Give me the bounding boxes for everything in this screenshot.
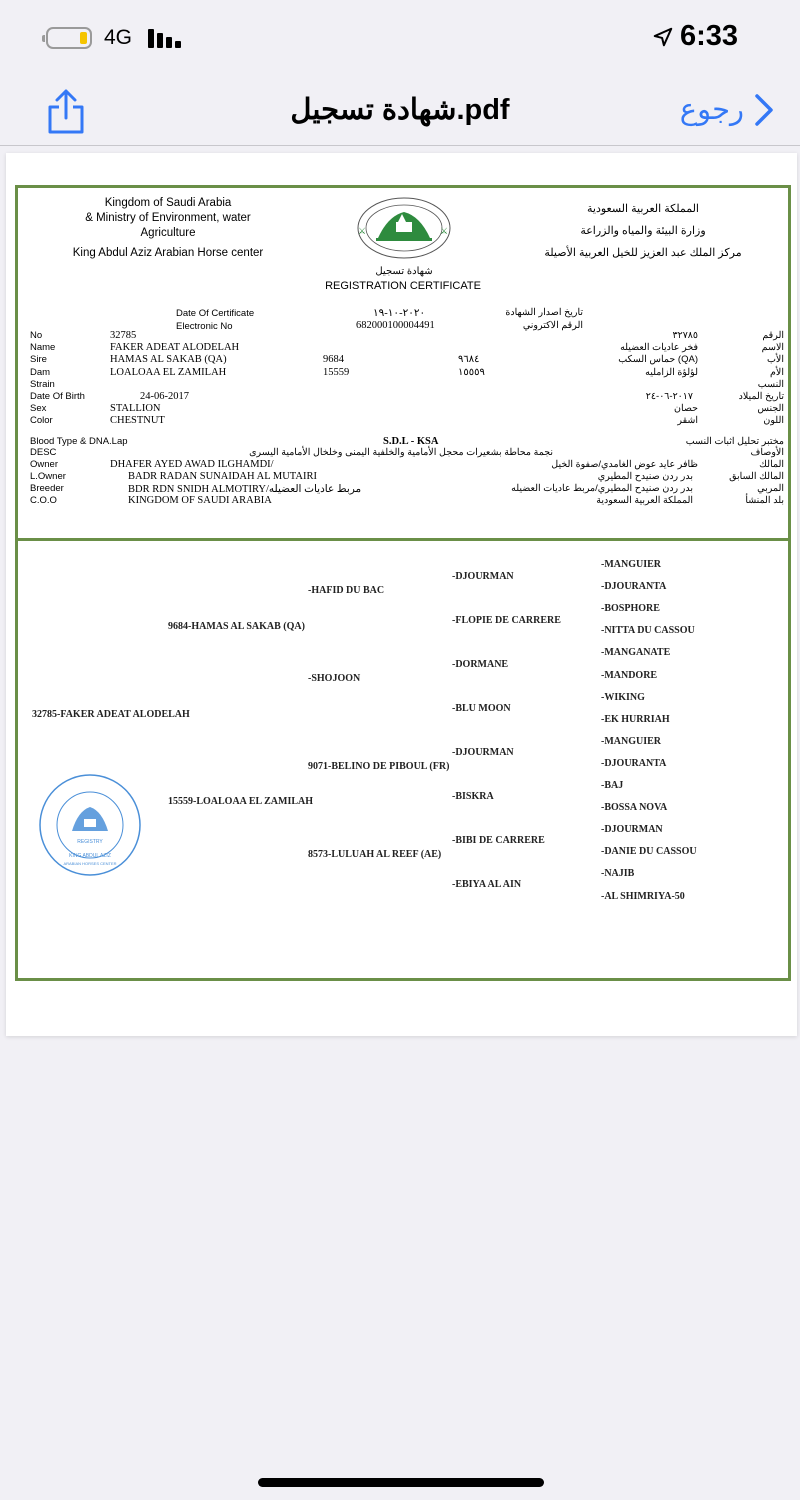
info-row: Strainالنسب <box>18 379 788 392</box>
pedigree-grandparent: -HAFID DU BAC <box>308 585 384 596</box>
row-label-ar: الجنس <box>757 403 784 414</box>
battery-level <box>80 32 87 44</box>
navigation-bar: شهادة تسجيل.pdf رجوع <box>0 76 800 146</box>
header-line-ar: المملكة العربية السعودية <box>518 198 768 220</box>
pedigree-ancestor: -DJOURANTA <box>601 758 666 769</box>
pedigree-ancestor: -MANDORE <box>601 670 657 681</box>
row-value: FAKER ADEAT ALODELAH <box>110 342 239 353</box>
info-row: ColorCHESTNUTاشقراللون <box>18 415 788 428</box>
row-value: BADR RADAN SUNAIDAH AL MUTAIRI <box>128 471 317 482</box>
row-label-ar: تاريخ الميلاد <box>739 391 784 402</box>
pedigree-great-grandparent: -DJOURMAN <box>452 747 514 758</box>
row-label-ar: الأب <box>767 354 784 365</box>
pedigree-ancestor: -NAJIB <box>601 868 634 879</box>
row-value: CHESTNUT <box>110 415 165 426</box>
row-label-ar: مختبر تحليل اثبات النسب <box>686 436 784 447</box>
row-label: Strain <box>30 379 55 390</box>
row-label: Dam <box>30 367 50 378</box>
pedigree-ancestor: -MANGUIER <box>601 559 661 570</box>
pedigree-ancestor: -BOSPHORE <box>601 603 660 614</box>
back-label: رجوع <box>680 92 744 127</box>
network-label: 4G <box>104 26 132 50</box>
svg-text:KING ABDUL AZIZ: KING ABDUL AZIZ <box>69 853 111 859</box>
pedigree-sire: 9684-HAMAS AL SAKAB (QA) <box>168 621 305 632</box>
battery-icon <box>46 27 92 49</box>
home-indicator[interactable] <box>258 1478 544 1487</box>
pedigree-grandparent: 8573-LULUAH AL REEF (AE) <box>308 849 441 860</box>
row-value: STALLION <box>110 403 161 414</box>
signal-icon <box>148 28 188 48</box>
status-bar: 4G 6:33 <box>0 0 800 76</box>
row-label-ar: اللون <box>763 415 784 426</box>
header-arabic: المملكة العربية السعودية وزارة البيئة وا… <box>518 198 768 264</box>
info-row: No32785٣٢٧٨٥الرقم <box>18 330 788 343</box>
pedigree-ancestor: -MANGANATE <box>601 647 670 658</box>
center-name-ar: مركز الملك عبد العزيز للخيل العربية الأص… <box>518 242 768 264</box>
row-value-ar: اشقر <box>677 415 698 426</box>
pedigree-ancestor: -WIKING <box>601 692 645 703</box>
info-row: Date Of Birth24-06-2017٢٠١٧-٠٦-٢٤تاريخ ا… <box>18 391 788 404</box>
row-label: Date Of Birth <box>30 391 85 402</box>
pedigree-horse: 32785-FAKER ADEAT ALODELAH <box>32 709 190 720</box>
certificate-details-box: Kingdom of Saudi Arabia & Ministry of En… <box>15 185 791 541</box>
pedigree-ancestor: -DJOURANTA <box>601 581 666 592</box>
row-label-ar: الأوصاف <box>751 447 784 458</box>
location-arrow-icon <box>652 26 674 48</box>
pedigree-great-grandparent: -BIBI DE CARRERE <box>452 835 545 846</box>
clock: 6:33 <box>680 20 738 53</box>
certificate-title-arabic: شهادة تسجيل <box>348 266 460 277</box>
info-row: DamLOALOAA EL ZAMILAH15559١٥٥٥٩لؤلؤة الز… <box>18 367 788 380</box>
row-value-ar: حصان <box>674 403 698 414</box>
date-label-ar: تاريخ اصدار الشهادة <box>505 307 583 318</box>
row-number: 15559 <box>323 367 349 378</box>
header-line: & Ministry of Environment, water <box>85 212 251 224</box>
row-value-ar: فخر عاديات العضيله <box>620 342 698 353</box>
pedigree-box: 32785-FAKER ADEAT ALODELAH 9684-HAMAS AL… <box>15 538 791 981</box>
row-label-ar: المالك السابق <box>729 471 784 482</box>
row-value-ar: المملكة العربية السعودية <box>596 495 693 506</box>
coo-row: C.O.O KINGDOM OF SAUDI ARABIA المملكة ال… <box>18 495 788 508</box>
pedigree-ancestor: -AL SHIMRIYA-50 <box>601 891 685 902</box>
back-button[interactable]: رجوع <box>680 92 774 127</box>
date-value: ٢٠٢٠-١٠-١٩ <box>373 307 425 319</box>
row-value-ar: (QA) حماس السكب <box>618 354 698 365</box>
row-value: KINGDOM OF SAUDI ARABIA <box>128 495 272 506</box>
row-label: DESC <box>30 447 56 458</box>
row-value: BDR RDN SNIDH ALMOTIRY/مربط عاديات العضي… <box>128 483 361 495</box>
row-label: Name <box>30 342 55 353</box>
row-label-ar: المربي <box>757 483 784 494</box>
row-value-ar: بدر ردن صنيدح المطيري <box>598 471 693 482</box>
pedigree-ancestor: -DANIE DU CASSOU <box>601 846 697 857</box>
row-label-ar: الاسم <box>762 342 784 353</box>
header-line-ar: وزارة البيئة والمياه والزراعة <box>518 220 768 242</box>
pdf-page[interactable]: Kingdom of Saudi Arabia & Ministry of En… <box>6 153 797 1036</box>
row-label: Owner <box>30 459 58 470</box>
pedigree-ancestor: -BOSSA NOVA <box>601 802 667 813</box>
info-row: SexSTALLIONحصانالجنس <box>18 403 788 416</box>
pedigree-grandparent: 9071-BELINO DE PIBOUL (FR) <box>308 761 449 772</box>
pedigree-ancestor: -BAJ <box>601 780 623 791</box>
row-label: Sex <box>30 403 46 414</box>
pedigree-ancestor: -EK HURRIAH <box>601 714 670 725</box>
svg-text:ARABIAN HORSES CENTER: ARABIAN HORSES CENTER <box>63 861 116 866</box>
row-label-ar: بلد المنشأ <box>745 495 784 506</box>
center-name: King Abdul Aziz Arabian Horse center <box>38 246 298 261</box>
info-row: SireHAMAS AL SAKAB (QA)9684٩٦٨٤(QA) حماس… <box>18 354 788 367</box>
svg-text:⚔: ⚔ <box>358 226 366 236</box>
row-value-ar: ٢٠١٧-٠٦-٢٤ <box>646 391 693 402</box>
row-label-ar: النسب <box>758 379 784 390</box>
row-value-ar: ٣٢٧٨٥ <box>672 330 698 341</box>
header-line: Agriculture <box>141 227 196 239</box>
row-label: L.Owner <box>30 471 66 482</box>
row-value: LOALOAA EL ZAMILAH <box>110 367 226 378</box>
pedigree-great-grandparent: -FLOPIE DE CARRERE <box>452 615 561 626</box>
row-value: 24-06-2017 <box>140 391 189 402</box>
row-label: Breeder <box>30 483 64 494</box>
row-label: C.O.O <box>30 495 57 506</box>
row-value: DHAFER AYED AWAD ILGHAMDI/ <box>110 459 274 470</box>
svg-text:⚔: ⚔ <box>440 226 448 236</box>
pedigree-great-grandparent: -DORMANE <box>452 659 508 670</box>
header-line: Kingdom of Saudi Arabia <box>105 197 232 209</box>
row-value: S.D.L - KSA <box>383 436 438 447</box>
row-value-ar: بدر ردن صنيدح المطيري/مربط عاديات العضيل… <box>511 483 693 494</box>
row-number: 9684 <box>323 354 344 365</box>
pedigree-dam: 15559-LOALOAA EL ZAMILAH <box>168 796 313 807</box>
row-value-ar: ظافر عايد عوض الغامدي/صفوة الخيل <box>551 459 698 470</box>
pedigree-great-grandparent: -DJOURMAN <box>452 571 514 582</box>
pedigree-ancestor: -MANGUIER <box>601 736 661 747</box>
pedigree-great-grandparent: -BISKRA <box>452 791 494 802</box>
chevron-right-icon <box>754 93 774 127</box>
date-label: Date Of Certificate <box>176 308 254 319</box>
row-value: HAMAS AL SAKAB (QA) <box>110 354 227 365</box>
registry-stamp-icon: REGISTRY KING ABDUL AZIZ ARABIAN HORSES … <box>38 773 142 877</box>
row-value: 32785 <box>110 330 136 341</box>
info-row: NameFAKER ADEAT ALODELAHفخر عاديات العضي… <box>18 342 788 355</box>
pedigree-grandparent: -SHOJOON <box>308 673 360 684</box>
row-label-ar: المالك <box>759 459 784 470</box>
row-label: Blood Type & DNA.Lap <box>30 436 128 447</box>
row-label: No <box>30 330 42 341</box>
row-label: Color <box>30 415 53 426</box>
row-number-ar: ٩٦٨٤ <box>458 354 479 365</box>
row-label: Sire <box>30 354 47 365</box>
center-logo-icon: ⚔ ⚔ <box>348 194 460 264</box>
header-english: Kingdom of Saudi Arabia & Ministry of En… <box>38 196 298 261</box>
certificate-title: REGISTRATION CERTIFICATE <box>308 280 498 292</box>
row-label-ar: الأم <box>770 367 784 378</box>
pedigree-ancestor: -NITTA DU CASSOU <box>601 625 695 636</box>
pedigree-great-grandparent: -EBIYA AL AIN <box>452 879 521 890</box>
row-value-ar: لؤلؤة الزامليه <box>645 367 698 378</box>
row-number-ar: ١٥٥٥٩ <box>458 367 485 378</box>
row-value-ar: نجمة محاطة بشعيرات محجل الأمامية والخلفي… <box>249 447 553 458</box>
pedigree-ancestor: -DJOURMAN <box>601 824 663 835</box>
svg-text:REGISTRY: REGISTRY <box>77 839 103 845</box>
row-label-ar: الرقم <box>762 330 784 341</box>
pedigree-great-grandparent: -BLU MOON <box>452 703 511 714</box>
